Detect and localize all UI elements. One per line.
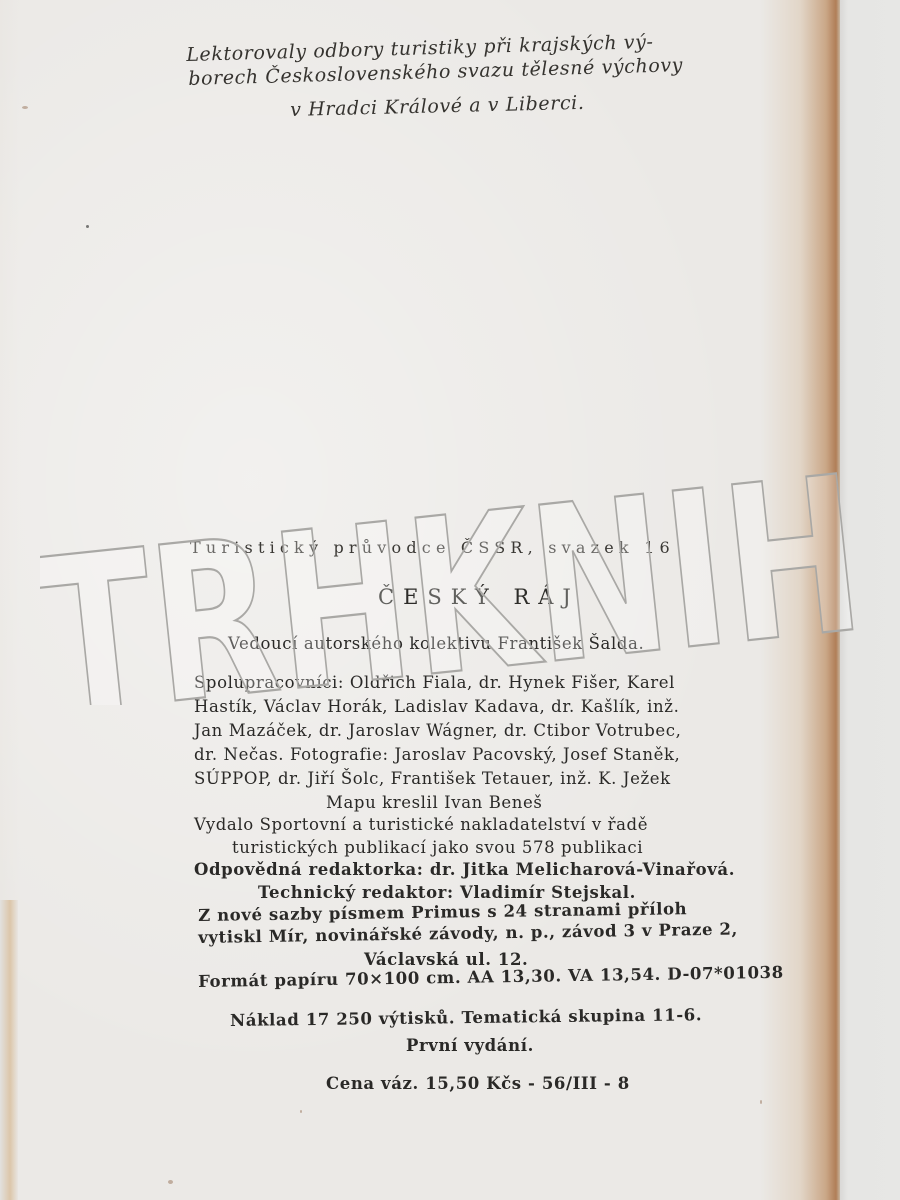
photo-scene: Lektorovaly odbory turistiky při krajský… [0, 0, 900, 1200]
credits-line-2: Hastík, Václav Horák, Ladislav Kadava, d… [194, 697, 679, 716]
book-page: Lektorovaly odbory turistiky při krajský… [0, 0, 840, 1200]
paper-speck [86, 225, 89, 228]
watermark-text: TRHKNIH [40, 455, 873, 705]
imprint-editor: Odpovědná redaktorka: dr. Jitka Melichar… [194, 860, 735, 879]
book-title: ČESKÝ RÁJ [378, 585, 580, 609]
paper-speck [22, 106, 28, 109]
next-page-edge [840, 0, 900, 1200]
lead-author: Vedoucí autorského kolektivu František Š… [228, 634, 644, 653]
map-credit: Mapu kreslil Ivan Beneš [326, 793, 542, 812]
paper-speck [168, 1180, 173, 1184]
edition: První vydání. [406, 1036, 534, 1055]
credits-line-3: Jan Mazáček, dr. Jaroslav Wágner, dr. Ct… [194, 721, 682, 740]
imprint-series: turistických publikací jako svou 578 pub… [232, 838, 643, 857]
imprint-technical-editor: Technický redaktor: Vladimír Stejskal. [258, 883, 636, 902]
credits-line-4: dr. Nečas. Fotografie: Jaroslav Pacovský… [194, 745, 680, 764]
credits-line-5: SÚPPOP, dr. Jiří Šolc, František Tetauer… [194, 769, 671, 788]
page-left-edge [0, 900, 18, 1200]
imprint-address: Václavská ul. 12. [364, 950, 528, 969]
credits-line-1: Spolupracovníci: Oldřich Fiala, dr. Hyne… [194, 673, 675, 692]
price: Cena váz. 15,50 Kčs - 56/III - 8 [326, 1074, 630, 1093]
watermark-overlay: TRHKNIH [40, 455, 880, 705]
print-run: Náklad 17 250 výtisků. Tematická skupina… [230, 1005, 702, 1030]
imprint-publisher: Vydalo Sportovní a turistické nakladatel… [194, 815, 648, 834]
reviewer-note-line-3: v Hradci Králové a v Liberci. [290, 92, 585, 121]
paper-speck [760, 1100, 762, 1104]
paper-speck [300, 1110, 302, 1113]
imprint-format: Formát papíru 70×100 cm. AA 13,30. VA 13… [198, 963, 784, 991]
series-line: Turistický průvodce ČSSR, svazek 16 [190, 538, 675, 557]
